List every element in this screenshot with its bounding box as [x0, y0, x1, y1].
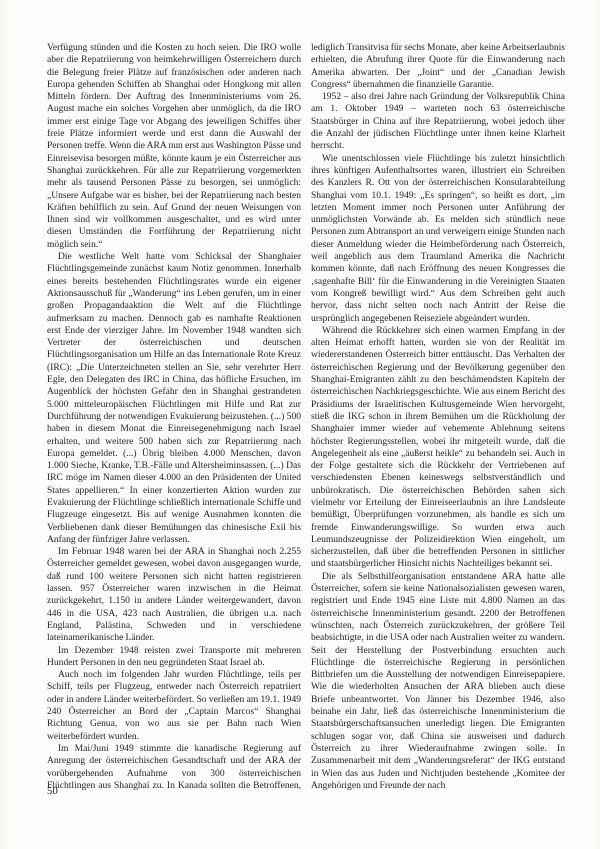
book-page: Verfügung stünden und die Kosten zu hoch…: [0, 0, 600, 849]
paragraph: Auch noch im folgenden Jahr wurden Flüch…: [47, 669, 301, 743]
paragraph: Wie unentschlossen viele Flüchtlinge bis…: [311, 153, 565, 325]
paragraph: Im Mai/Juni 1949 stimmte die kanadische …: [47, 743, 301, 794]
right-text-column: lediglich Transitvisa für sechs Monate, …: [311, 42, 565, 794]
paragraph: Verfügung stünden und die Kosten zu hoch…: [47, 42, 301, 251]
paragraph: 1952 – also drei Jahre nach Gründung der…: [311, 91, 565, 152]
paragraph: lediglich Transitvisa für sechs Monate, …: [311, 42, 565, 91]
paragraph: Während die Rückkehrer sich einen warmen…: [311, 325, 565, 571]
paragraph: Die westliche Welt hatte vom Schicksal d…: [47, 251, 301, 546]
paragraph: Im Februar 1948 waren bei der ARA in Sha…: [47, 546, 301, 644]
paragraph: Im Dezember 1948 reisten zwei Transporte…: [47, 645, 301, 670]
text-columns: Verfügung stünden und die Kosten zu hoch…: [47, 42, 565, 794]
page-number: 50: [47, 786, 58, 797]
paragraph: Die als Selbsthilfeorganisation entstand…: [311, 571, 565, 792]
left-text-column: Verfügung stünden und die Kosten zu hoch…: [47, 42, 301, 794]
